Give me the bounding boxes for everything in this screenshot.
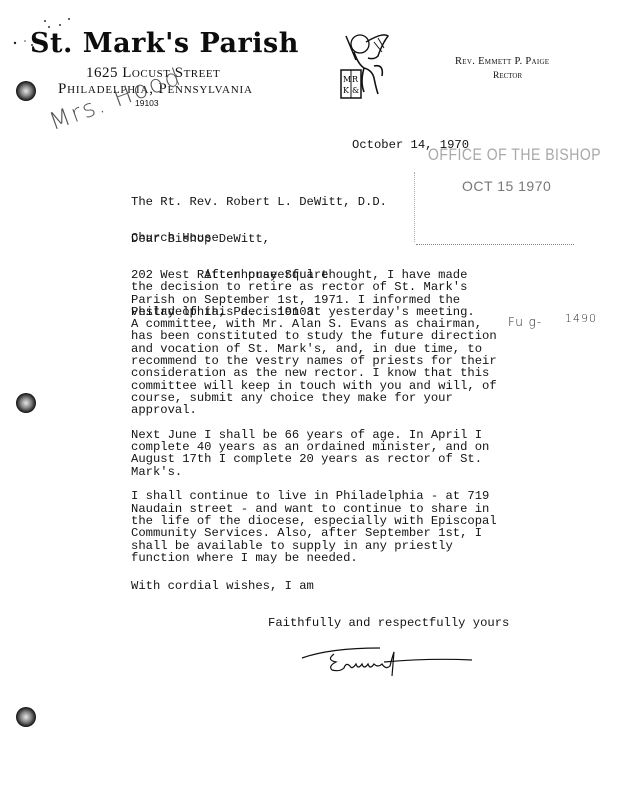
body-line (131, 417, 497, 429)
body-line: function where I may be needed. (131, 552, 497, 564)
body-line: shall be available to supply in any prie… (131, 540, 497, 552)
svg-text:K: K (343, 86, 350, 95)
recipient-line: The Rt. Rev. Robert L. DeWitt, D.D. (131, 196, 387, 208)
letter-body: After prayerful thought, I have madethe … (131, 269, 497, 564)
handwritten-margin-number: 1490 (565, 312, 597, 325)
stamp-border (416, 244, 574, 245)
body-line: I shall continue to live in Philadelphia… (131, 490, 497, 502)
rector-title: Rector (493, 71, 522, 81)
handwritten-margin-note: Fu g- (508, 315, 542, 329)
svg-text:&: & (352, 86, 359, 95)
punch-hole (16, 707, 36, 727)
signoff: Faithfully and respectfully yours (268, 617, 509, 629)
svg-text:M: M (343, 75, 351, 84)
body-line: Mark's. (131, 466, 497, 478)
svg-text:R: R (352, 75, 359, 84)
body-line: August 17th I complete 20 years as recto… (131, 453, 497, 465)
body-line: Community Services. Also, after Septembe… (131, 527, 497, 539)
body-line: the decision to retire as rector of St. … (131, 281, 497, 293)
body-line: has been constituted to study the future… (131, 330, 497, 342)
parish-name: St. Mark's Parish (30, 28, 299, 59)
salutation: Dear Bishop DeWitt, (131, 233, 270, 245)
body-line: approval. (131, 404, 497, 416)
received-stamp-date: OCT 15 1970 (462, 178, 551, 194)
stamp-border (414, 172, 415, 242)
body-line: consideration as the new rector. I know … (131, 367, 497, 379)
winged-lion-emblem-icon: M R K & (338, 30, 393, 100)
punch-hole (16, 81, 36, 101)
signature: Emmett (300, 640, 475, 678)
punch-hole (16, 393, 36, 413)
closing-line: With cordial wishes, I am (131, 580, 314, 592)
received-stamp-office: OFFICE OF THE BISHOP (428, 144, 601, 163)
rector-name: Rev. Emmett P. Paige (455, 56, 549, 67)
